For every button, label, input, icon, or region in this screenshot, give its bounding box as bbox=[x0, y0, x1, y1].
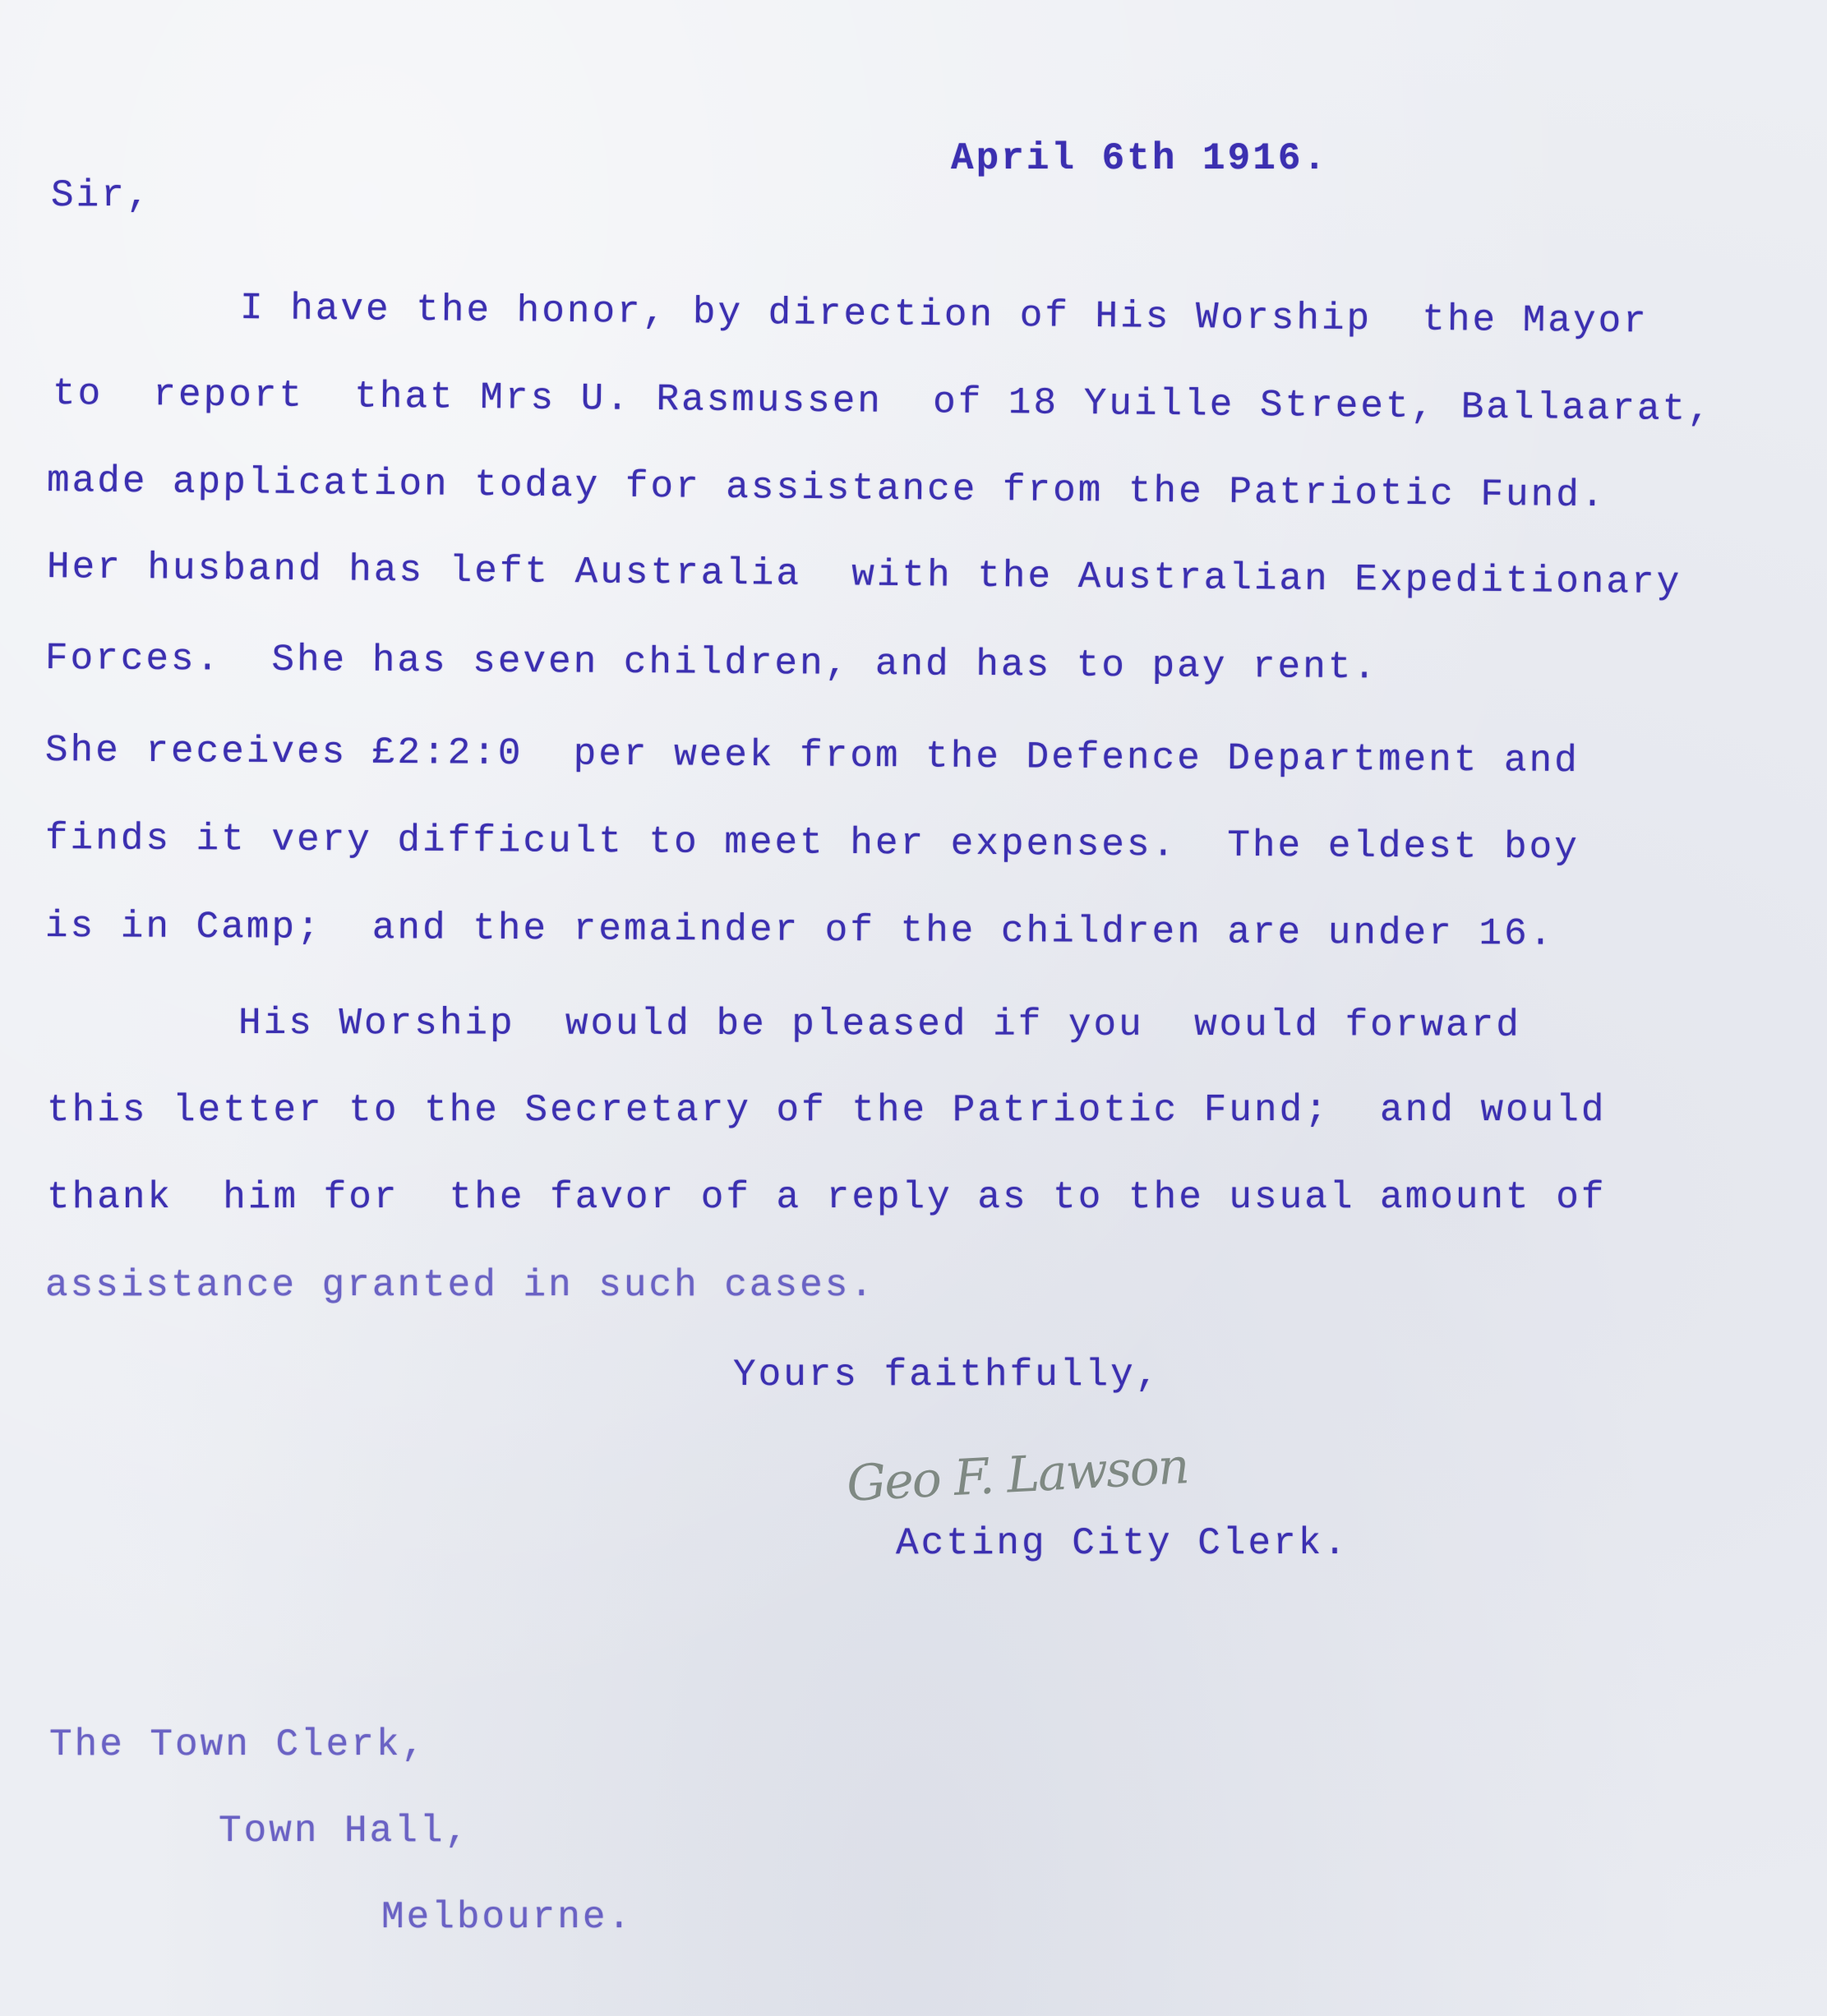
handwritten-signature: Geo F. Lawson bbox=[845, 1437, 1189, 1513]
body-line: to report that Mrs U. Rasmussen of 18 Yu… bbox=[53, 375, 1713, 428]
body-line: I have the honor, by direction of His Wo… bbox=[240, 289, 1649, 340]
body-line: She receives £2:2:0 per week from the De… bbox=[45, 731, 1580, 780]
body-line: Her husband has left Australia with the … bbox=[47, 548, 1682, 602]
salutation: Sir, bbox=[51, 177, 151, 215]
body-line: thank him for the favor of a reply as to… bbox=[47, 1179, 1606, 1216]
recipient-line-2: Town Hall, bbox=[219, 1812, 470, 1850]
closing: Yours faithfully, bbox=[733, 1356, 1160, 1394]
letter-date: April 6th 1916. bbox=[951, 140, 1328, 178]
letter-page: April 6th 1916. Sir, I have the honor, b… bbox=[0, 0, 1827, 2016]
body-line: His Worship would be pleased if you woul… bbox=[238, 1004, 1521, 1045]
body-line: made application today for assistance fr… bbox=[47, 462, 1607, 514]
body-line: Forces. She has seven children, and has … bbox=[45, 639, 1378, 686]
body-line: this letter to the Secretary of the Patr… bbox=[47, 1091, 1606, 1129]
recipient-line-1: The Town Clerk, bbox=[49, 1726, 427, 1764]
body-line: assistance granted in such cases. bbox=[45, 1266, 875, 1304]
signatory-title: Acting City Clerk. bbox=[896, 1525, 1349, 1562]
recipient-line-3: Melbourne. bbox=[381, 1898, 633, 1936]
body-line: is in Camp; and the remainder of the chi… bbox=[45, 907, 1554, 953]
body-line: finds it very difficult to meet her expe… bbox=[45, 819, 1580, 866]
